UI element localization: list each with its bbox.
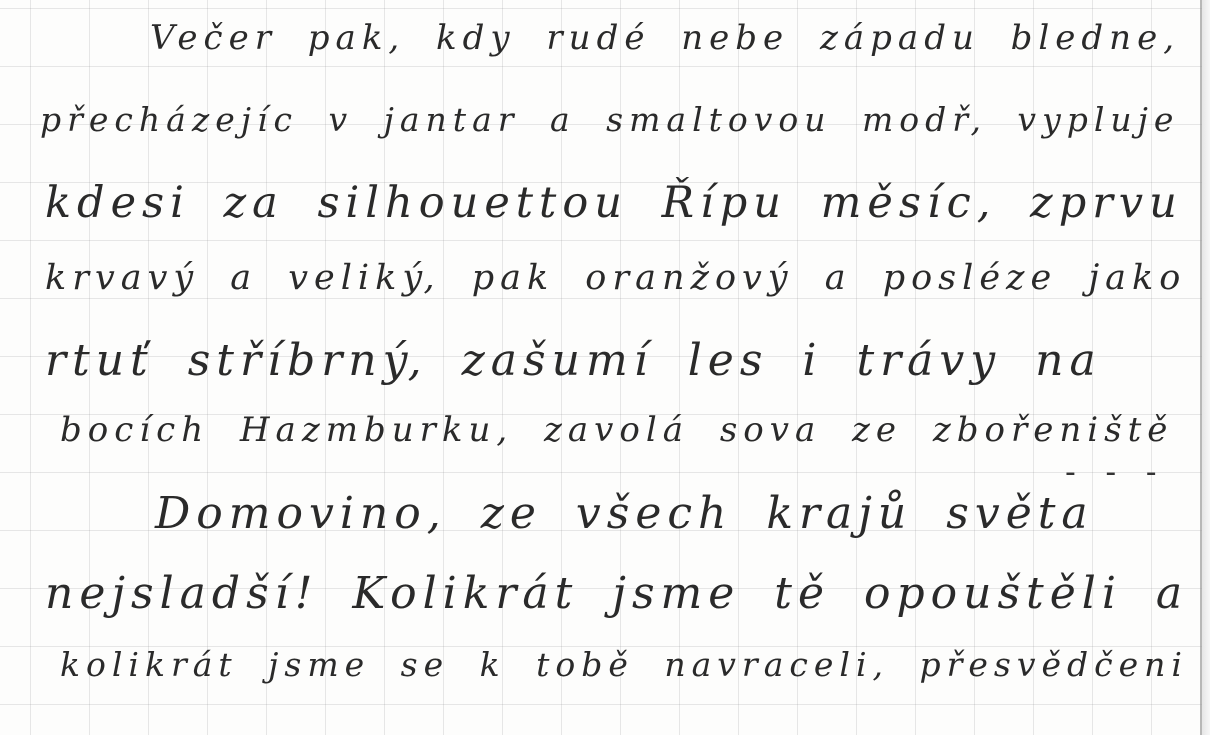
- end-mark: - - -: [1065, 455, 1167, 490]
- handwritten-line-6: bocích Hazmburku, zavolá sova ze zbořeni…: [60, 410, 1173, 450]
- handwritten-line-7: Domovino, ze všech krajů světa: [155, 488, 1094, 539]
- handwritten-line-5: rtuť stříbrný, zašumí les i trávy na: [45, 335, 1102, 386]
- handwritten-line-3: kdesi za silhouettou Řípu měsíc, zprvu: [45, 178, 1183, 228]
- handwritten-line-8: nejsladší! Kolikrát jsme tě opouštěli a: [45, 568, 1188, 619]
- handwritten-line-4: krvavý a veliký, pak oranžový a posléze …: [45, 258, 1186, 298]
- margin-line: [1200, 0, 1202, 735]
- page-edge: [1202, 0, 1210, 735]
- handwritten-line-9: kolikrát jsme se k tobě navraceli, přesv…: [60, 645, 1188, 684]
- graph-paper-page: Večer pak, kdy rudé nebe západu bledne, …: [0, 0, 1210, 735]
- handwritten-line-2: přecházejíc v jantar a smaltovou modř, v…: [40, 100, 1179, 139]
- handwritten-line-1: Večer pak, kdy rudé nebe západu bledne,: [150, 18, 1180, 58]
